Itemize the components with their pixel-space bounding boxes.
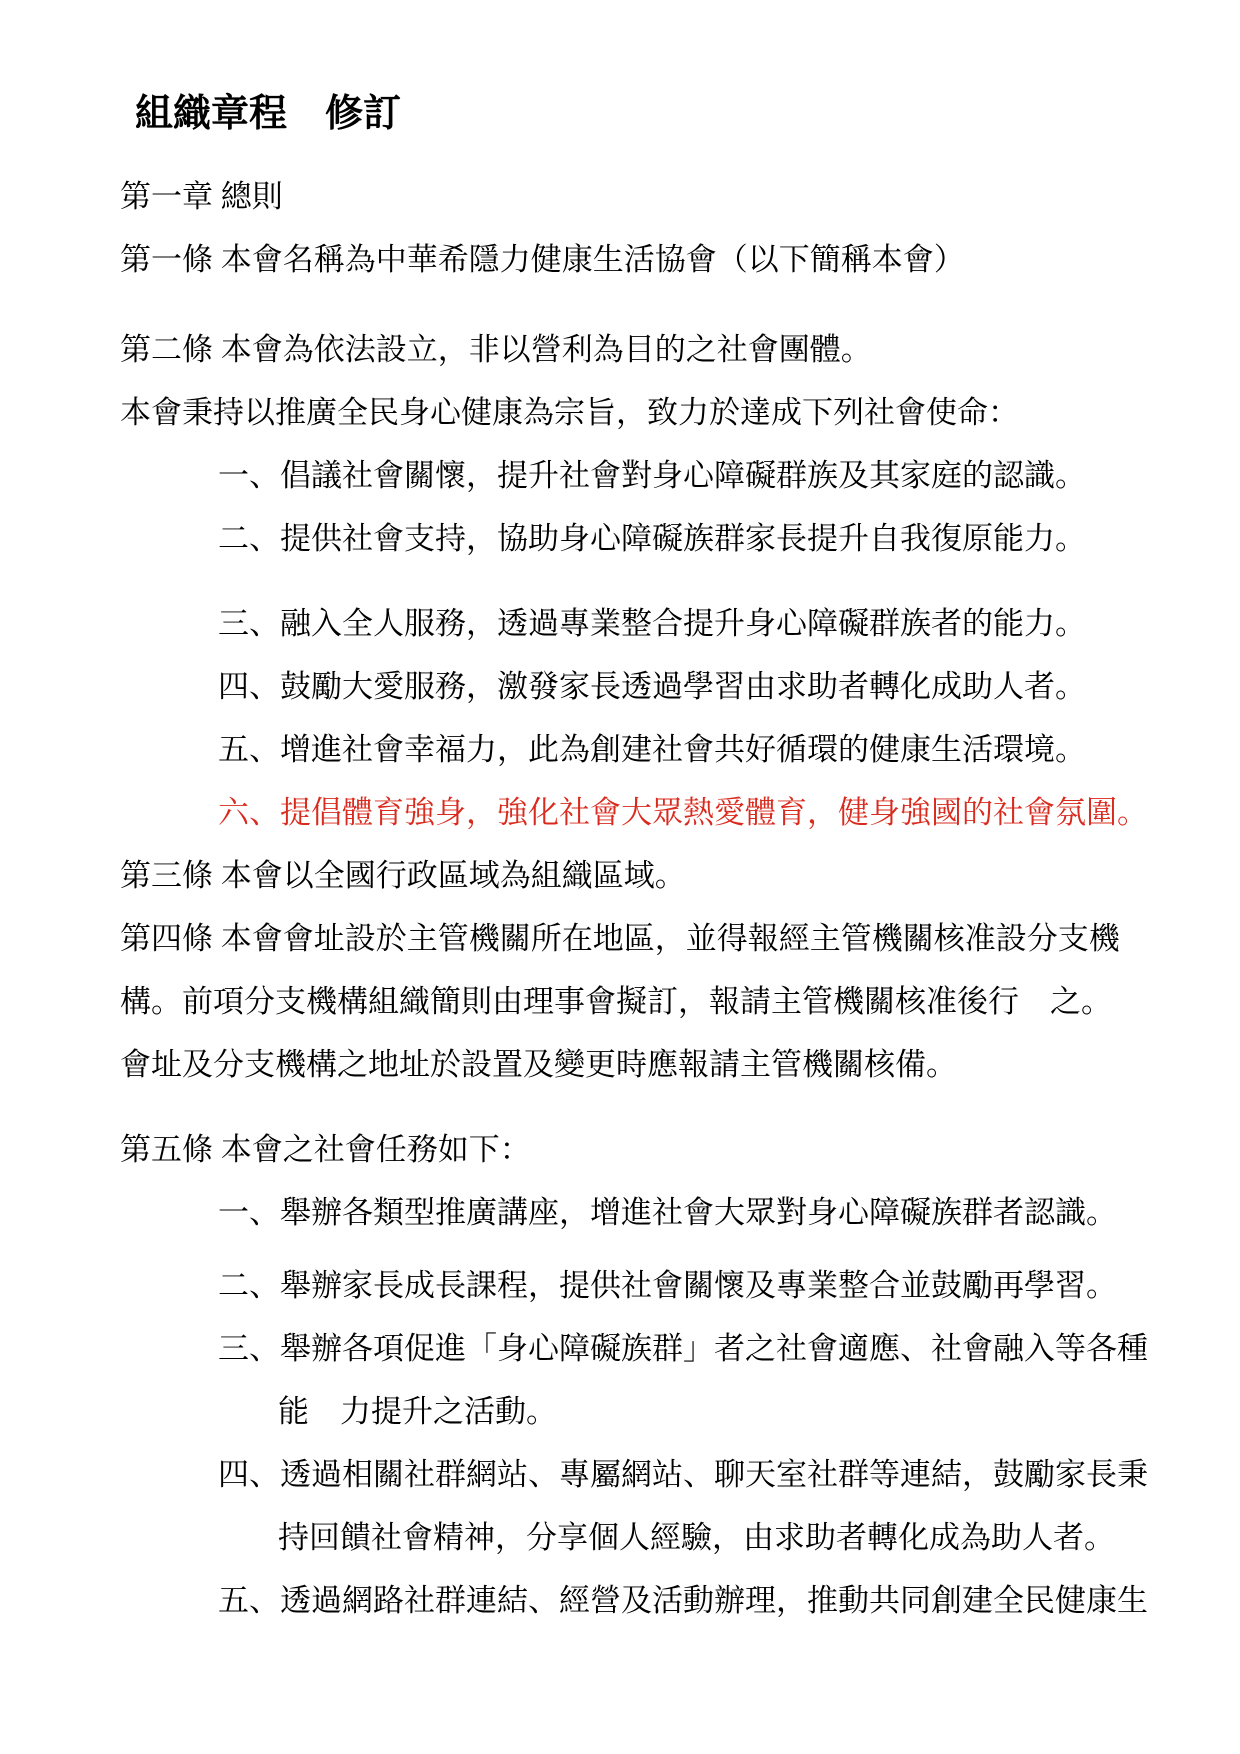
document-page: 組織章程 修訂 第一章 總則 第一條 本會名稱為中華希隱力健康生活協會（以下簡稱… [0, 0, 1240, 1754]
article-4-line-1: 第四條 本會會址設於主管機關所在地區，並得報經主管機關核准設分支機 [120, 907, 1150, 970]
task-item-5-line-1: 五、透過網路社群連結、經營及活動辦理，推動共同創建全民健康生 [218, 1569, 1150, 1632]
article-5: 第五條 本會之社會任務如下： [120, 1118, 1150, 1181]
task-item-4-line-1: 四、透過相關社群網站、專屬網站、聊天室社群等連結，鼓勵家長秉 [218, 1443, 1150, 1506]
article-2: 第二條 本會為依法設立，非以營利為目的之社會團體。 [120, 318, 1150, 381]
mission-item-4: 四、鼓勵大愛服務，激發家長透過學習由求助者轉化成助人者。 [218, 655, 1150, 718]
task-item-4-line-2: 持回饋社會精神，分享個人經驗，由求助者轉化成為助人者。 [278, 1506, 1150, 1569]
mission-item-3: 三、融入全人服務，透過專業整合提升身心障礙群族者的能力。 [218, 592, 1150, 655]
mission-item-2: 二、提供社會支持，協助身心障礙族群家長提升自我復原能力。 [218, 507, 1150, 570]
task-item-3-line-2: 能 力提升之活動。 [278, 1380, 1150, 1443]
mission-intro: 本會秉持以推廣全民身心健康為宗旨，致力於達成下列社會使命： [120, 381, 1150, 444]
chapter-1-heading: 第一章 總則 [120, 165, 1150, 228]
article-1: 第一條 本會名稱為中華希隱力健康生活協會（以下簡稱本會） [120, 228, 1150, 291]
article-3: 第三條 本會以全國行政區域為組織區域。 [120, 844, 1150, 907]
article-4-line-2: 構。前項分支機構組織簡則由理事會擬訂，報請主管機關核准後行 之。 [120, 970, 1150, 1033]
task-item-1: 一、舉辦各類型推廣講座，增進社會大眾對身心障礙族群者認識。 [218, 1181, 1150, 1244]
task-item-2: 二、舉辦家長成長課程，提供社會關懷及專業整合並鼓勵再學習。 [218, 1254, 1150, 1317]
mission-item-6-highlighted: 六、提倡體育強身，強化社會大眾熱愛體育，健身強國的社會氛圍。 [218, 781, 1150, 844]
document-title: 組織章程 修訂 [135, 85, 1150, 143]
mission-item-5: 五、增進社會幸福力，此為創建社會共好循環的健康生活環境。 [218, 718, 1150, 781]
mission-item-1: 一、倡議社會關懷，提升社會對身心障礙群族及其家庭的認識。 [218, 444, 1150, 507]
task-item-3-line-1: 三、舉辦各項促進「身心障礙族群」者之社會適應、社會融入等各種 [218, 1317, 1150, 1380]
article-4-line-3: 會址及分支機構之地址於設置及變更時應報請主管機關核備。 [120, 1033, 1150, 1096]
